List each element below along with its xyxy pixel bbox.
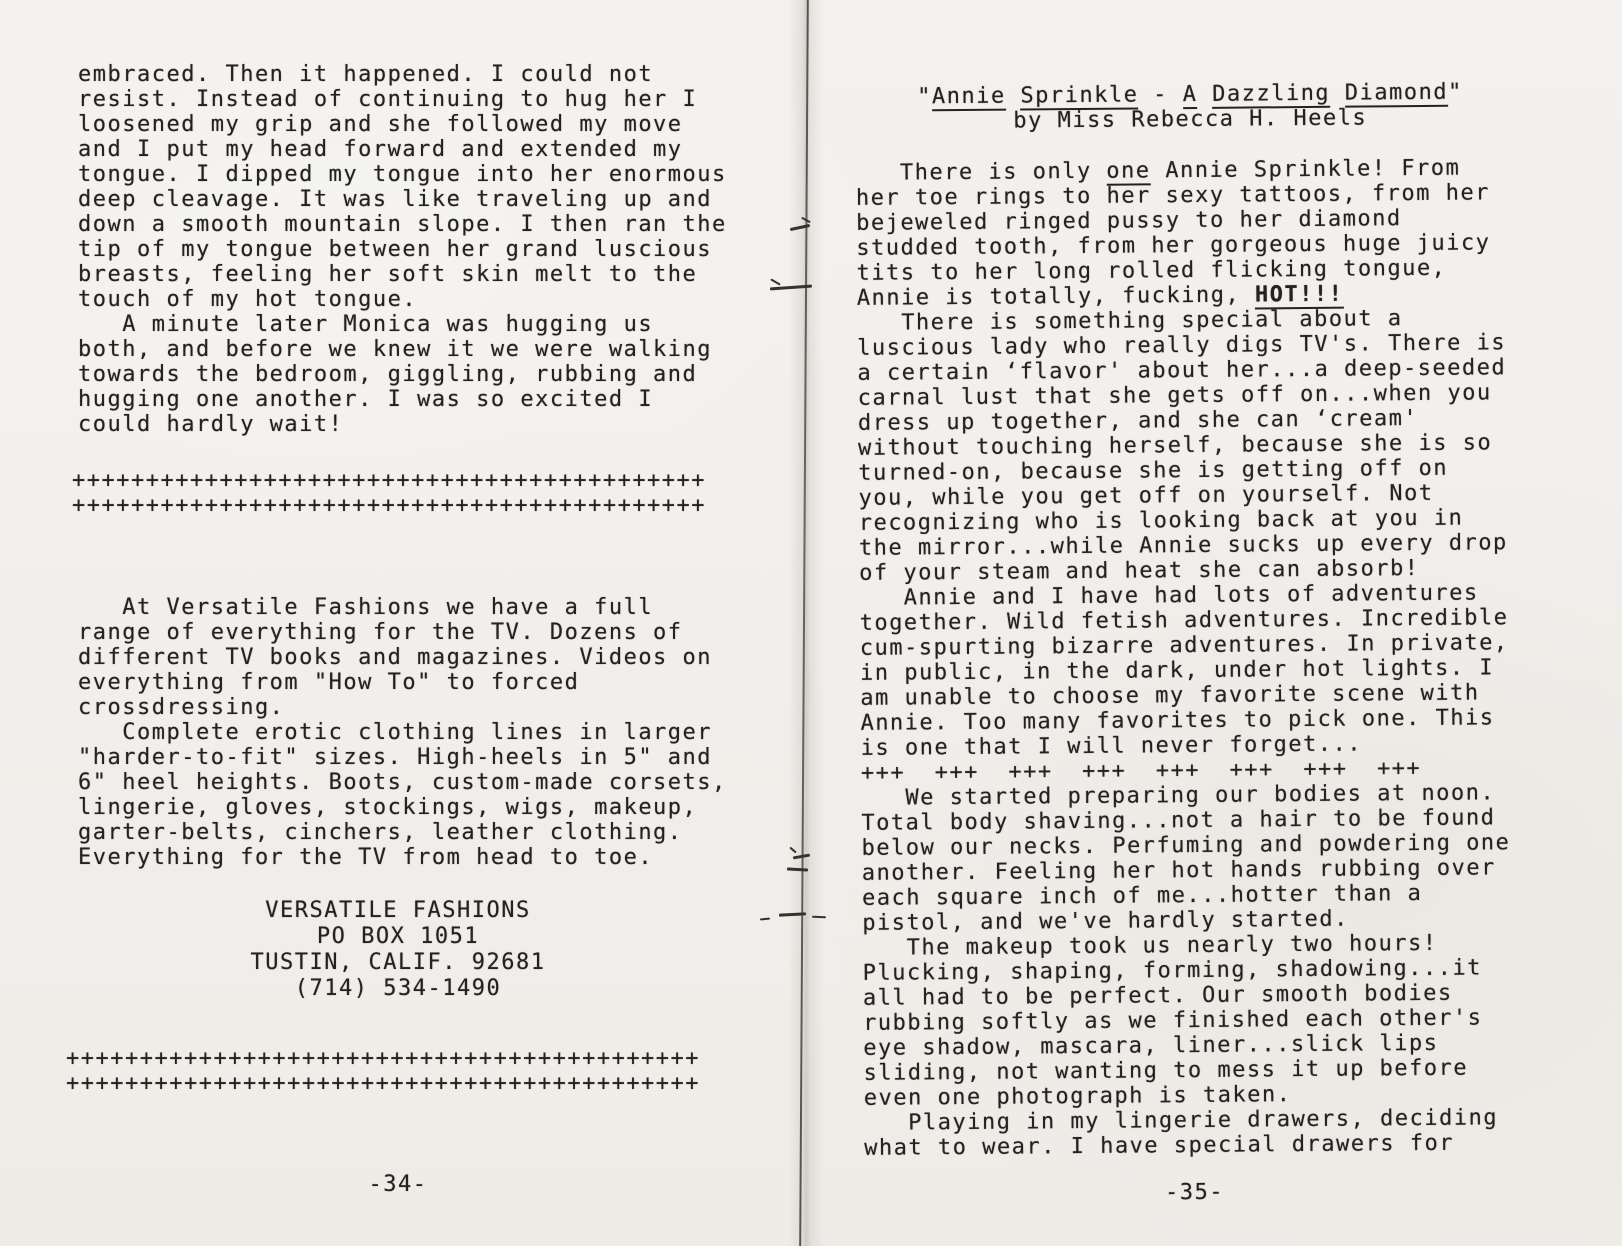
text-line: range of everything for the TV. Dozens o… <box>78 620 738 645</box>
text-line: ++++++++++++++++++++++++++++++++++++++++… <box>72 468 732 493</box>
address-block: VERSATILE FASHIONSPO BOX 1051TUSTIN, CAL… <box>78 898 718 1002</box>
text-line: At Versatile Fashions we have a full <box>78 595 738 620</box>
text-line: PO BOX 1051 <box>78 924 718 950</box>
text-line: ++++++++++++++++++++++++++++++++++++++++… <box>66 1071 736 1096</box>
text-line: VERSATILE FASHIONS <box>78 898 718 924</box>
text-line: A minute later Monica was hugging us <box>78 312 738 337</box>
text-line: Everything for the TV from head to toe. <box>78 845 738 870</box>
article-header: "Annie Sprinkle - A Dazzling Diamond" by… <box>852 79 1528 135</box>
page-number-right: -35- <box>865 1177 1525 1208</box>
text-line: everything from "How To" to forced <box>78 670 738 695</box>
text-line: both, and before we knew it we were walk… <box>78 337 738 362</box>
text-line: down a smooth mountain slope. I then ran… <box>78 212 738 237</box>
text-line: Complete erotic clothing lines in larger <box>78 720 738 745</box>
page-35: "Annie Sprinkle - A Dazzling Diamond" by… <box>851 0 1562 1246</box>
text-line: hugging one another. I was so excited I <box>78 387 738 412</box>
scanned-zine-spread: { "left_page": { "story_lines": [ "embra… <box>0 0 1622 1246</box>
page-34: embraced. Then it happened. I could notr… <box>0 0 795 1246</box>
text-line: deep cleavage. It was like traveling up … <box>78 187 738 212</box>
text-line: loosened my grip and she followed my mov… <box>78 112 738 137</box>
text-line: towards the bedroom, giggling, rubbing a… <box>78 362 738 387</box>
text-line: TUSTIN, CALIF. 92681 <box>78 950 718 976</box>
article-title: "Annie Sprinkle - A Dazzling Diamond" <box>852 79 1528 110</box>
text-line: ++++++++++++++++++++++++++++++++++++++++… <box>66 1046 736 1071</box>
text-line: (714) 534-1490 <box>78 976 718 1002</box>
page-number-text: -35- <box>865 1177 1525 1208</box>
text-line: and I put my head forward and extended m… <box>78 137 738 162</box>
text-line: different TV books and magazines. Videos… <box>78 645 738 670</box>
page-number-left: -34- <box>78 1172 718 1197</box>
text-line: lingerie, gloves, stockings, wigs, makeu… <box>78 795 738 820</box>
page-number-text: -34- <box>78 1172 718 1197</box>
text-line: tip of my tongue between her grand lusci… <box>78 237 738 262</box>
text-line: embraced. Then it happened. I could not <box>78 62 738 87</box>
binding-spine-line <box>799 0 809 1246</box>
text-line: 6" heel heights. Boots, custom-made cors… <box>78 770 738 795</box>
text-line: what to wear. I have special drawers for <box>864 1130 1540 1161</box>
text-line: "harder-to-fit" sizes. High-heels in 5" … <box>78 745 738 770</box>
plus-divider-bottom: ++++++++++++++++++++++++++++++++++++++++… <box>66 1046 736 1096</box>
text-line: resist. Instead of continuing to hug her… <box>78 87 738 112</box>
text-line: ++++++++++++++++++++++++++++++++++++++++… <box>72 493 732 518</box>
story-text: embraced. Then it happened. I could notr… <box>78 62 738 437</box>
text-line: touch of my hot tongue. <box>78 287 738 312</box>
versatile-fashions-ad-text: At Versatile Fashions we have a fullrang… <box>78 595 738 870</box>
article-body-text: There is only one Annie Sprinkle! Fromhe… <box>856 155 1541 1161</box>
text-line: garter-belts, cinchers, leather clothing… <box>78 820 738 845</box>
plus-divider-top: ++++++++++++++++++++++++++++++++++++++++… <box>72 468 732 518</box>
text-line: crossdressing. <box>78 695 738 720</box>
text-line: could hardly wait! <box>78 412 738 437</box>
text-line: tongue. I dipped my tongue into her enor… <box>78 162 738 187</box>
text-line: breasts, feeling her soft skin melt to t… <box>78 262 738 287</box>
